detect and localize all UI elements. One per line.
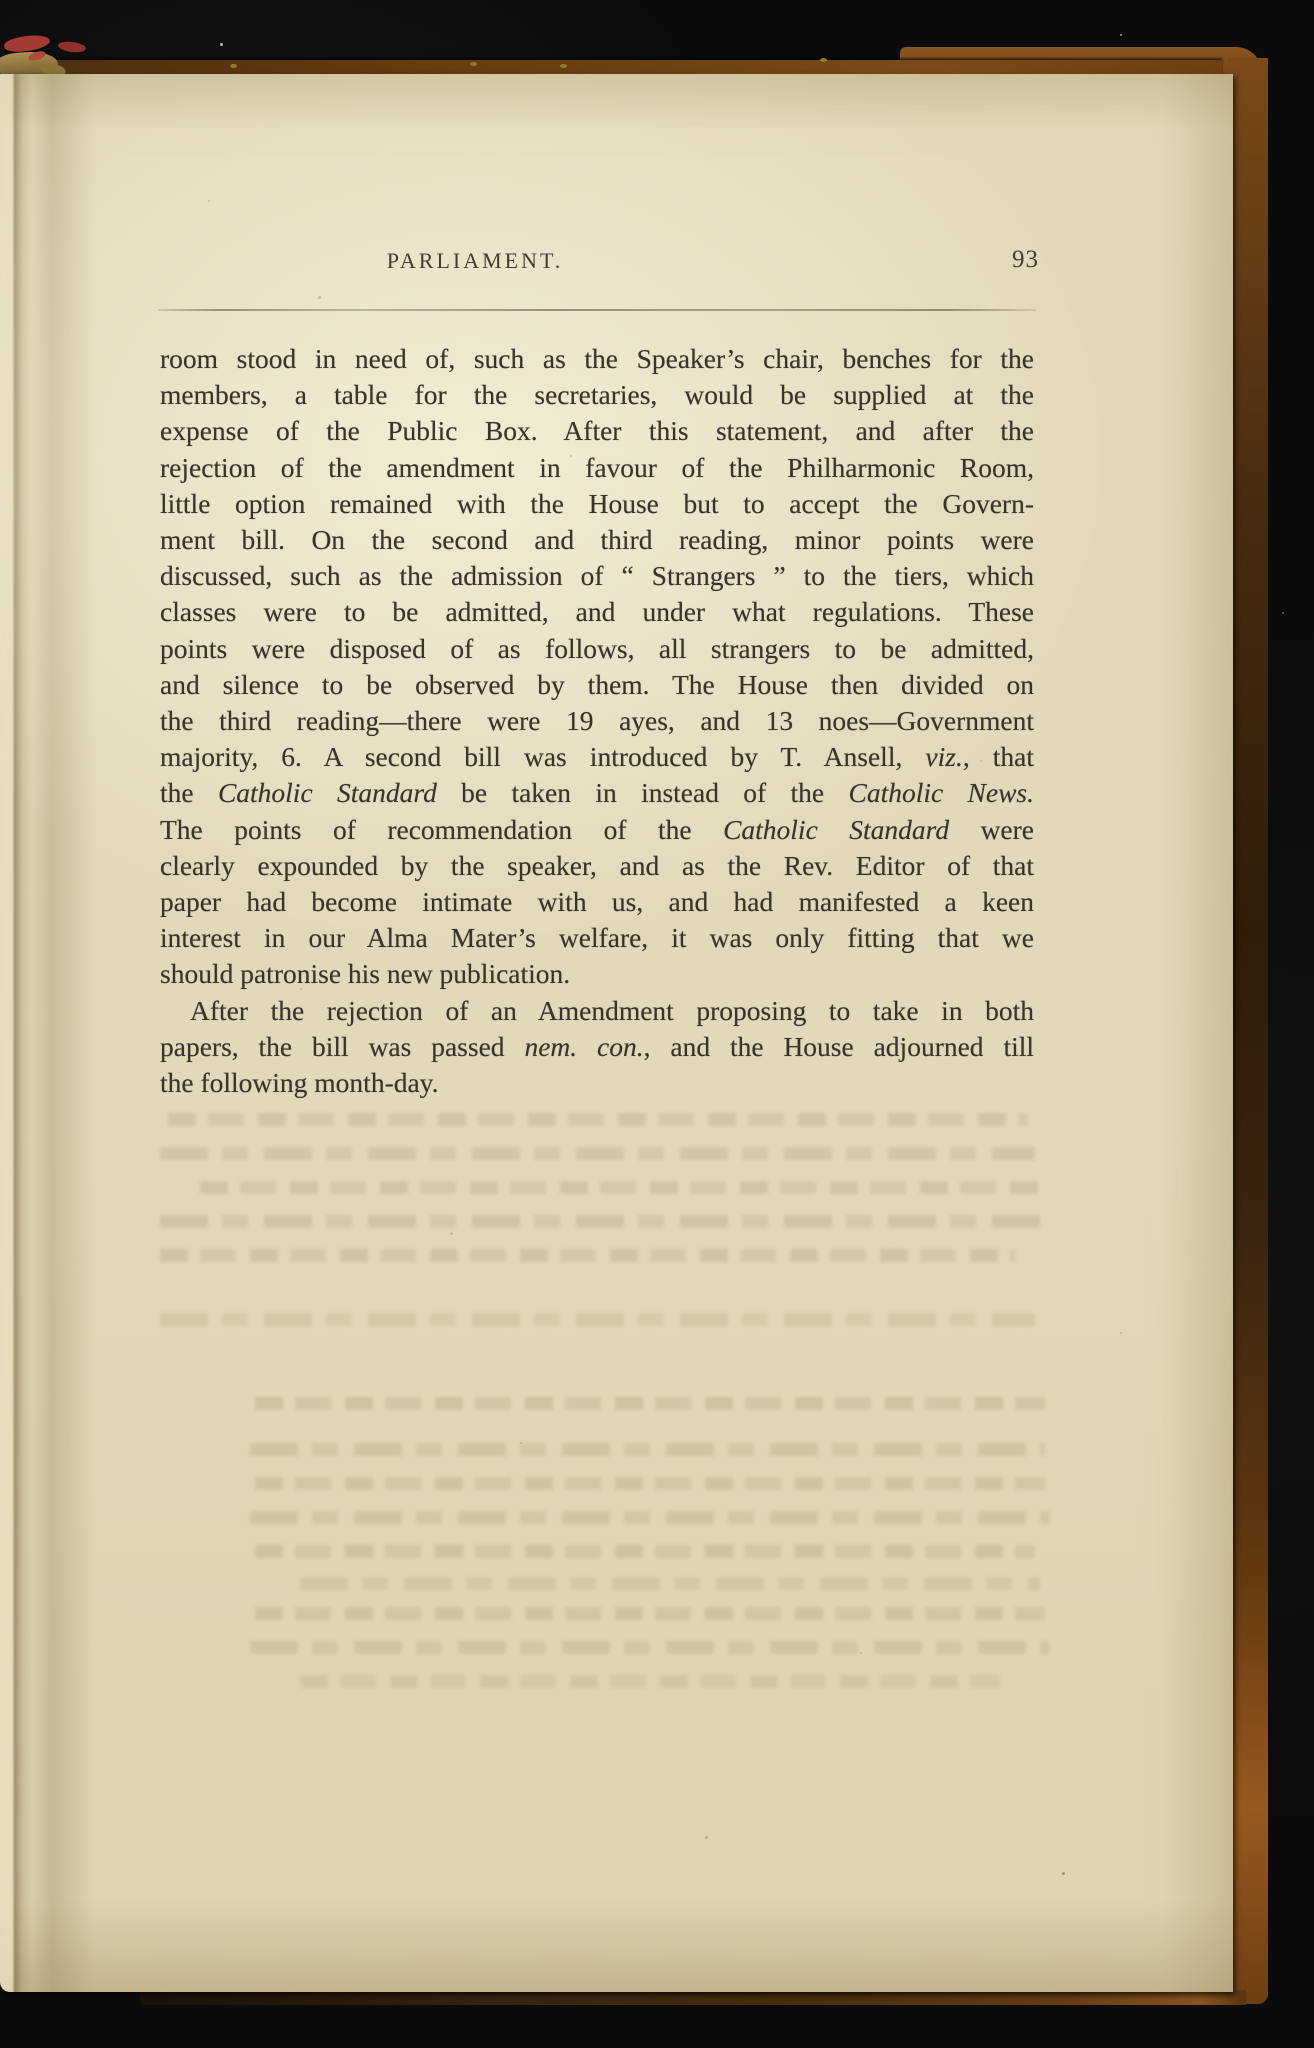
book-scan: PARLIAMENT. 93 room stood in need of, su…: [0, 0, 1314, 2048]
text-line: discussed, such as the admission of “ St…: [160, 558, 1034, 594]
text-line: classes were to be admitted, and under w…: [160, 594, 1034, 630]
text-line: ment bill. On the second and third readi…: [160, 522, 1034, 558]
text-line: the Catholic Standard be taken in instea…: [160, 775, 1034, 811]
text-line: room stood in need of, such as the Speak…: [160, 341, 1034, 377]
body-text: room stood in need of, such as the Speak…: [160, 341, 1034, 1101]
header-rule: [158, 309, 1036, 311]
debris-crumb: [470, 62, 477, 66]
page-number: 93: [1012, 246, 1072, 274]
text-line: The points of recommendation of the Cath…: [160, 812, 1034, 848]
paper-speck: [1282, 612, 1284, 614]
paper-speck: [1120, 34, 1122, 36]
text-line: interest in our Alma Mater’s welfare, it…: [160, 920, 1034, 956]
text-line: majority, 6. A second bill was introduce…: [160, 739, 1034, 775]
debris-crumb: [560, 64, 567, 68]
text-line: the following month-day.: [160, 1065, 1034, 1101]
text-line: the third reading—there were 19 ayes, an…: [160, 703, 1034, 739]
paper-speck: [220, 43, 223, 46]
text-line: paper had become intimate with us, and h…: [160, 884, 1034, 920]
book-cover-edge-bottom: [140, 1990, 1246, 2005]
text-line: After the rejection of an Amendment prop…: [160, 993, 1034, 1029]
text-line: little option remained with the House bu…: [160, 486, 1034, 522]
text-line: should patronise his new publication.: [160, 956, 1034, 992]
text-line: members, a table for the secretaries, wo…: [160, 377, 1034, 413]
debris-crumb: [230, 64, 237, 68]
text-line: and silence to be observed by them. The …: [160, 667, 1034, 703]
text-line: points were disposed of as follows, all …: [160, 631, 1034, 667]
debris-crumb: [820, 58, 827, 62]
text-line: expense of the Public Box. After this st…: [160, 413, 1034, 449]
running-header: PARLIAMENT.: [300, 248, 650, 274]
text-line: papers, the bill was passed nem. con., a…: [160, 1029, 1034, 1065]
text-line: rejection of the amendment in favour of …: [160, 450, 1034, 486]
book-cover-edge-right: [1228, 58, 1268, 2004]
headband-thread: [57, 40, 86, 53]
headband-thread: [3, 32, 51, 54]
text-line: clearly expounded by the speaker, and as…: [160, 848, 1034, 884]
